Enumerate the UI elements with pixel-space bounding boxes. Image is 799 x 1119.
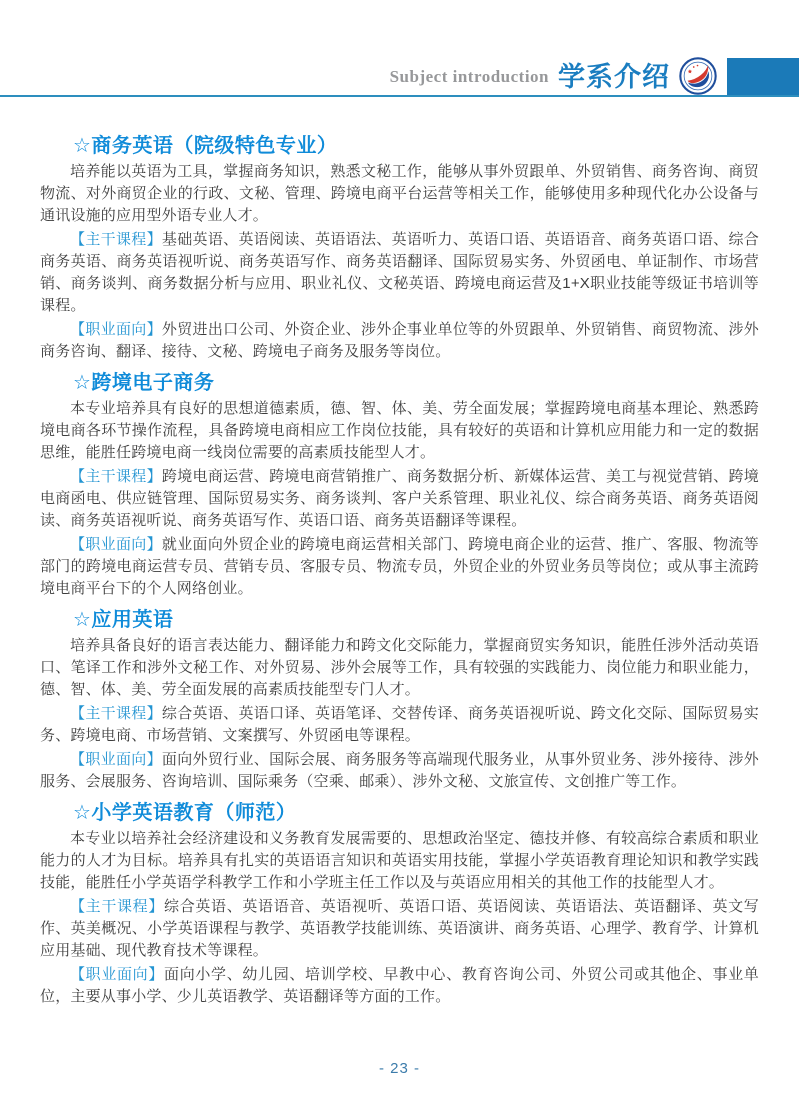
page-header: Subject introduction 学系介绍 — [0, 0, 799, 97]
section-title: ☆小学英语教育（师范） — [40, 800, 759, 826]
courses-label: 【主干课程】 — [70, 231, 162, 248]
section-career: 【职业面向】就业面向外贸企业的跨境电商运营相关部门、跨境电商企业的运营、推广、客… — [40, 534, 759, 600]
section-courses: 【主干课程】基础英语、英语阅读、英语语法、英语听力、英语口语、英语语音、商务英语… — [40, 229, 759, 317]
header-content: Subject introduction 学系介绍 — [390, 55, 717, 94]
header-accent-block — [727, 58, 799, 97]
section-intro: 培养能以英语为工具，掌握商务知识，熟悉文秘工作，能够从事外贸跟单、外贸销售、商务… — [40, 161, 759, 227]
section-title: ☆应用英语 — [40, 607, 759, 633]
section-title: ☆商务英语（院级特色专业） — [40, 133, 759, 159]
courses-label: 【主干课程】 — [70, 898, 164, 915]
section-career: 【职业面向】外贸进出口公司、外资企业、涉外企事业单位等的外贸跟单、外贸销售、商贸… — [40, 319, 759, 363]
section-business-english: ☆商务英语（院级特色专业） 培养能以英语为工具，掌握商务知识，熟悉文秘工作，能够… — [40, 133, 759, 363]
section-title: ☆跨境电子商务 — [40, 370, 759, 396]
section-courses: 【主干课程】跨境电商运营、跨境电商营销推广、商务数据分析、新媒体运营、美工与视觉… — [40, 466, 759, 532]
section-career: 【职业面向】面向小学、幼儿园、培训学校、早教中心、教育咨询公司、外贸公司或其他企… — [40, 964, 759, 1008]
page-content: ☆商务英语（院级特色专业） 培养能以英语为工具，掌握商务知识，熟悉文秘工作，能够… — [0, 133, 799, 1008]
section-primary-english-education: ☆小学英语教育（师范） 本专业以培养社会经济建设和义务教育发展需要的、思想政治坚… — [40, 800, 759, 1008]
section-intro: 本专业培养具有良好的思想道德素质，德、智、体、美、劳全面发展；掌握跨境电商基本理… — [40, 398, 759, 464]
section-applied-english: ☆应用英语 培养具备良好的语言表达能力、翻译能力和跨文化交际能力，掌握商贸实务知… — [40, 607, 759, 793]
header-title-zh: 学系介绍 — [558, 55, 670, 94]
section-career: 【职业面向】面向外贸行业、国际会展、商务服务等高端现代服务业，从事外贸业务、涉外… — [40, 749, 759, 793]
career-label: 【职业面向】 — [70, 966, 164, 983]
section-intro: 本专业以培养社会经济建设和义务教育发展需要的、思想政治坚定、德技并修、有较高综合… — [40, 828, 759, 894]
header-divider-line — [0, 95, 799, 97]
page-number: - 23 - — [0, 1060, 799, 1077]
school-logo-icon — [679, 57, 717, 95]
career-label: 【职业面向】 — [70, 321, 162, 338]
section-courses: 【主干课程】综合英语、英语口译、英语笔译、交替传译、商务英语视听说、跨文化交际、… — [40, 703, 759, 747]
career-label: 【职业面向】 — [70, 751, 162, 768]
career-label: 【职业面向】 — [70, 536, 162, 553]
header-subtitle-en: Subject introduction — [390, 67, 549, 87]
courses-label: 【主干课程】 — [70, 468, 162, 485]
section-intro: 培养具备良好的语言表达能力、翻译能力和跨文化交际能力，掌握商贸实务知识，能胜任涉… — [40, 635, 759, 701]
section-courses: 【主干课程】综合英语、英语语音、英语视听、英语口语、英语阅读、英语语法、英语翻译… — [40, 896, 759, 962]
section-cross-border-ecommerce: ☆跨境电子商务 本专业培养具有良好的思想道德素质，德、智、体、美、劳全面发展；掌… — [40, 370, 759, 600]
courses-label: 【主干课程】 — [70, 705, 162, 722]
